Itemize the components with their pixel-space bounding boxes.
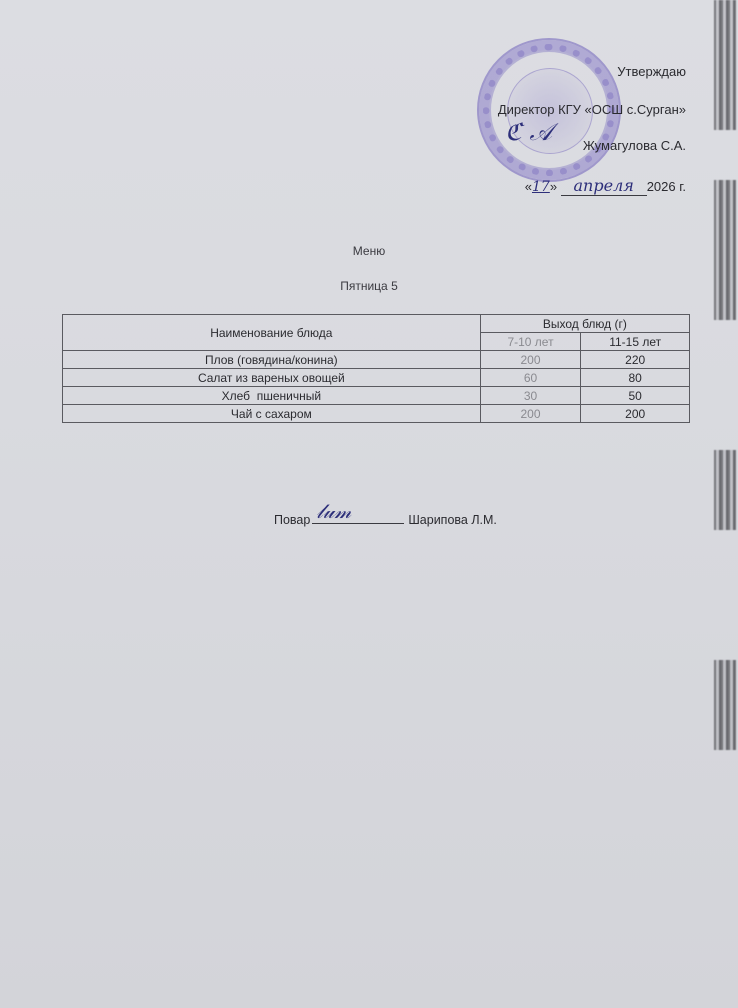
approve-label: Утверждаю <box>617 64 686 79</box>
dish-name: Хлеб пшеничный <box>63 387 481 405</box>
yield-7-10: 200 <box>480 351 581 369</box>
date-open-quote: « <box>525 179 532 194</box>
cook-role: Повар <box>274 513 310 527</box>
table-row: Салат из вареных овощей 60 80 <box>63 369 690 387</box>
yield-11-15: 50 <box>581 387 690 405</box>
dish-name: Чай с сахаром <box>63 405 481 423</box>
scanned-document-page: Утверждаю Директор КГУ «ОСШ с.Сурган» Жу… <box>0 0 738 1008</box>
menu-table: Наименование блюда Выход блюд (г) 7-10 л… <box>62 314 690 423</box>
yield-7-10: 200 <box>480 405 581 423</box>
cook-name: Шарипова Л.М. <box>408 513 497 527</box>
header-age-7-10: 7-10 лет <box>480 333 581 351</box>
table-row: Плов (говядина/конина) 200 220 <box>63 351 690 369</box>
date-month: апреля <box>561 176 647 196</box>
table-header-row: Наименование блюда Выход блюд (г) <box>63 315 690 333</box>
table-row: Хлеб пшеничный 30 50 <box>63 387 690 405</box>
table-row: Чай с сахаром 200 200 <box>63 405 690 423</box>
header-dish-name: Наименование блюда <box>63 315 481 351</box>
scan-artifact <box>714 450 736 530</box>
yield-11-15: 80 <box>581 369 690 387</box>
dish-name: Плов (говядина/конина) <box>63 351 481 369</box>
approval-date: «17» апреля2026 г. <box>525 176 686 196</box>
cook-signature: 𝓁𝓊𝓂 <box>316 499 351 523</box>
director-signature: ℭ 𝒜 <box>505 118 552 146</box>
yield-11-15: 200 <box>581 405 690 423</box>
yield-7-10: 30 <box>480 387 581 405</box>
date-close-quote: » <box>550 179 557 194</box>
document-subtitle: Пятница 5 <box>0 279 738 293</box>
date-day: 17 <box>532 179 550 195</box>
header-age-11-15: 11-15 лет <box>581 333 690 351</box>
cook-signature-block: Повар𝓁𝓊𝓂Шарипова Л.М. <box>274 511 497 527</box>
yield-11-15: 220 <box>581 351 690 369</box>
document-title: Меню <box>0 244 738 258</box>
scan-artifact <box>714 660 736 750</box>
dish-name: Салат из вареных овощей <box>63 369 481 387</box>
scan-artifact <box>714 0 736 130</box>
date-year: 2026 г. <box>647 179 686 194</box>
approver-position: Директор КГУ «ОСШ с.Сурган» <box>498 102 686 117</box>
approver-name: Жумагулова С.А. <box>583 138 686 153</box>
yield-7-10: 60 <box>480 369 581 387</box>
header-yield: Выход блюд (г) <box>480 315 689 333</box>
cook-signature-line: 𝓁𝓊𝓂 <box>312 511 404 524</box>
